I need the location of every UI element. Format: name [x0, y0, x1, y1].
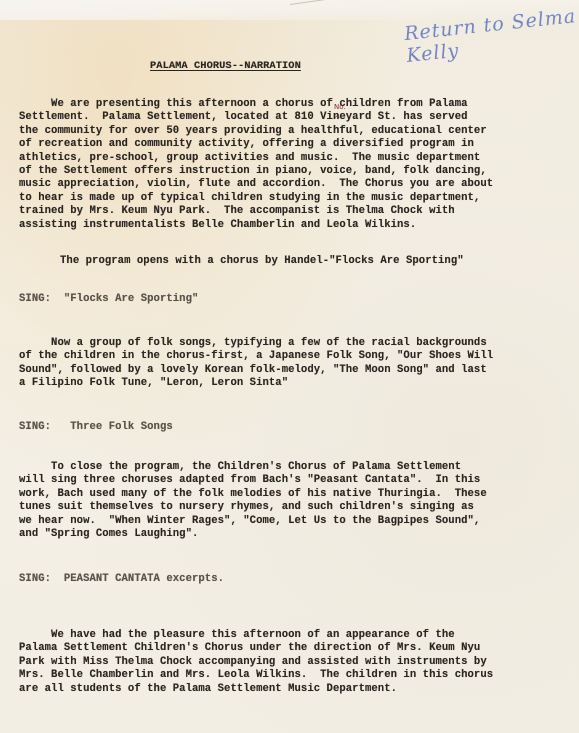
document-title: PALAMA CHORUS--NARRATION — [150, 60, 301, 73]
sing-cue-1: SING: "Flocks Are Sporting" — [19, 293, 198, 306]
sing-cue-3: SING: PEASANT CANTATA excerpts. — [19, 573, 224, 586]
paragraph-folk-songs: Now a group of folk songs, typifying a f… — [19, 337, 493, 391]
inserted-annotation: No. — [334, 103, 346, 111]
paragraph-closing-program: To close the program, the Children's Cho… — [19, 461, 487, 541]
document-page: Return to Selma Kelly PALAMA CHORUS--NAR… — [0, 0, 579, 733]
paragraph-program-opening: The program opens with a chorus by Hande… — [60, 255, 464, 268]
paragraph-introduction: We are presenting this afternoon a choru… — [19, 98, 493, 232]
insertion-caret: ^ — [334, 114, 341, 123]
paragraph-acknowledgement: We have had the pleasure this afternoon … — [19, 629, 493, 696]
sing-cue-2: SING: Three Folk Songs — [19, 421, 173, 434]
